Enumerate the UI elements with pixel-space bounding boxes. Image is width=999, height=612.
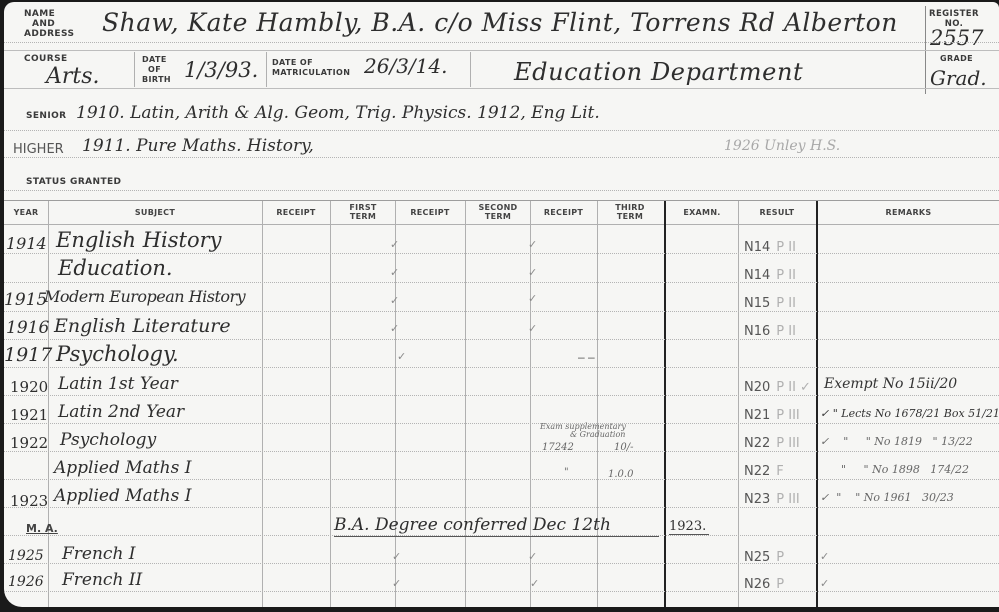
degree-conferred: B.A. Degree conferred Dec 12th bbox=[334, 515, 659, 537]
result-code: N20 bbox=[744, 380, 770, 395]
divider bbox=[4, 190, 999, 191]
degree-year: 1923. bbox=[669, 519, 709, 535]
result-grade: P III bbox=[776, 408, 799, 423]
check-icon: ✓ bbox=[820, 577, 829, 590]
row-remarks: ✓ " Lects No 1678/21 Box 51/21 bbox=[820, 407, 999, 420]
row-subject: Modern European History bbox=[44, 287, 245, 306]
table-top-border bbox=[4, 200, 999, 201]
check-icon: ✓ bbox=[397, 350, 406, 363]
result-code: N23 bbox=[744, 492, 770, 507]
result-grade: P II bbox=[776, 268, 796, 283]
result-code: N16 bbox=[744, 324, 770, 339]
row-result: N26P bbox=[744, 575, 784, 593]
result-grade: P II bbox=[776, 240, 796, 255]
header-result: Result bbox=[738, 208, 816, 217]
result-grade: P bbox=[776, 577, 784, 592]
header-year: Year bbox=[4, 208, 48, 217]
department-value: Education Department bbox=[514, 58, 803, 86]
grade-label: GRADE bbox=[940, 54, 973, 64]
result-grade: P III bbox=[776, 436, 799, 451]
divider bbox=[470, 52, 471, 87]
check-icon: ✓ bbox=[528, 322, 537, 335]
col-divider-thick bbox=[664, 201, 666, 607]
row-remarks: ✓ " " No 1961 30/23 bbox=[820, 491, 954, 504]
header-subject: Subject bbox=[48, 208, 262, 217]
result-grade: P III bbox=[776, 492, 799, 507]
col-divider bbox=[395, 201, 396, 607]
check-icon: ✓ bbox=[820, 550, 829, 563]
row-result: N22P III bbox=[744, 434, 800, 452]
result-grade: P bbox=[776, 550, 784, 565]
row-year: 1926 bbox=[8, 574, 44, 590]
result-code: N26 bbox=[744, 577, 770, 592]
result-code: N21 bbox=[744, 408, 770, 423]
col-divider bbox=[738, 201, 739, 607]
row-year: 1916 bbox=[6, 318, 49, 338]
row-line bbox=[4, 591, 999, 592]
course-value: Arts. bbox=[46, 64, 100, 89]
row-year: 1914 bbox=[6, 234, 47, 253]
row-subject: English History bbox=[56, 228, 222, 252]
row-subject: Latin 2nd Year bbox=[58, 402, 184, 422]
row-year: 1923 bbox=[10, 492, 48, 510]
row-year: 1915 bbox=[4, 290, 47, 310]
course-label: COURSE bbox=[24, 54, 68, 64]
senior-value: 1910. Latin, Arith & Alg. Geom, Trig. Ph… bbox=[76, 103, 600, 123]
receipt-number-ditto: " bbox=[564, 467, 569, 478]
header-receipt-1: Receipt bbox=[262, 208, 330, 217]
name-address-label: NAME AND ADDRESS bbox=[24, 9, 74, 39]
date-of-birth-label: DATE OF BIRTH bbox=[142, 55, 171, 85]
result-grade: P II bbox=[776, 296, 796, 311]
divider bbox=[134, 52, 135, 87]
row-line bbox=[4, 395, 999, 396]
row-result: N14P II bbox=[744, 266, 796, 284]
result-code: N22 bbox=[744, 436, 770, 451]
check-icon: ✓ bbox=[528, 292, 537, 305]
row-year: 1925 bbox=[8, 548, 44, 564]
header-receipt-3: Receipt bbox=[530, 208, 597, 217]
row-line bbox=[4, 253, 999, 254]
row-result: N21P III bbox=[744, 406, 800, 424]
date-of-matriculation-label: DATE OF MATRICULATION bbox=[272, 58, 350, 78]
col-divider bbox=[530, 201, 531, 607]
row-remarks: Exempt No 15ii/20 bbox=[824, 376, 957, 392]
row-line bbox=[4, 282, 999, 283]
row-result: N14P II bbox=[744, 238, 796, 256]
row-subject: French I bbox=[62, 544, 136, 564]
row-result: N23P III bbox=[744, 490, 800, 508]
row-line bbox=[4, 339, 999, 340]
row-line bbox=[4, 311, 999, 312]
result-grade: P II ✓ bbox=[776, 380, 811, 395]
receipt-amount: 1.0.0 bbox=[608, 469, 633, 480]
header-receipt-2: Receipt bbox=[395, 208, 465, 217]
result-code: N25 bbox=[744, 550, 770, 565]
check-icon: ✓ bbox=[390, 294, 399, 307]
row-result: N22F bbox=[744, 462, 784, 480]
student-record-card: NAME AND ADDRESS Shaw, Kate Hambly, B.A.… bbox=[4, 2, 999, 607]
row-subject: Latin 1st Year bbox=[58, 374, 178, 394]
row-subject: Psychology bbox=[60, 430, 156, 450]
result-code: N14 bbox=[744, 240, 770, 255]
col-divider bbox=[330, 201, 331, 607]
result-code: N15 bbox=[744, 296, 770, 311]
divider bbox=[925, 52, 926, 87]
row-subject: Applied Maths I bbox=[54, 486, 191, 506]
row-subject: French II bbox=[62, 570, 142, 590]
check-icon: ✓ bbox=[392, 550, 401, 563]
divider bbox=[4, 88, 999, 89]
row-line bbox=[4, 479, 999, 480]
row-result: N16P II bbox=[744, 322, 796, 340]
divider bbox=[4, 130, 999, 131]
row-line bbox=[4, 423, 999, 424]
row-year: 1917 bbox=[4, 344, 52, 366]
col-divider bbox=[48, 201, 49, 607]
grade-value: Grad. bbox=[930, 66, 987, 90]
check-icon: ✓ bbox=[528, 238, 537, 251]
check-icon: ✓ bbox=[392, 577, 401, 590]
header-third-term: Third Term bbox=[607, 203, 653, 221]
date-of-matriculation-value: 26/3/14. bbox=[364, 54, 447, 78]
status-granted-label: STATUS GRANTED bbox=[26, 177, 121, 187]
divider bbox=[4, 50, 999, 51]
divider bbox=[4, 42, 999, 43]
row-line bbox=[4, 367, 999, 368]
name-address-value: Shaw, Kate Hambly, B.A. c/o Miss Flint, … bbox=[102, 8, 898, 37]
check-icon: ✓ bbox=[528, 550, 537, 563]
check-icon: ✓ bbox=[390, 266, 399, 279]
receipt-note-line2: & Graduation bbox=[570, 430, 625, 439]
row-year: 1921 bbox=[10, 406, 48, 424]
check-icon: ✓ bbox=[530, 577, 539, 590]
senior-label: SENIOR bbox=[26, 111, 67, 121]
row-line bbox=[4, 507, 999, 508]
third-term-dashes: – – bbox=[578, 350, 595, 364]
header-second-term: Second Term bbox=[470, 203, 526, 221]
row-subject: Psychology. bbox=[56, 342, 179, 366]
side-note: 1926 Unley H.S. bbox=[724, 138, 840, 154]
result-grade: P II bbox=[776, 324, 796, 339]
header-remarks: Remarks bbox=[818, 208, 999, 217]
check-icon: ✓ bbox=[390, 238, 399, 251]
register-no-value: 2557 bbox=[930, 26, 983, 50]
result-grade: F bbox=[776, 464, 783, 479]
check-icon: ✓ bbox=[528, 266, 537, 279]
row-year: 1922 bbox=[10, 434, 48, 452]
col-divider bbox=[262, 201, 263, 607]
header-first-term: First Term bbox=[340, 203, 386, 221]
ma-heading: M. A. bbox=[26, 522, 58, 535]
higher-label: HIGHER bbox=[13, 142, 64, 157]
row-remarks: ✓ " " No 1819 " 13/22 bbox=[820, 435, 973, 448]
divider bbox=[4, 157, 999, 158]
row-line bbox=[4, 563, 999, 564]
row-subject: Applied Maths I bbox=[54, 458, 191, 478]
row-subject: English Literature bbox=[54, 315, 231, 337]
row-result: N15P II bbox=[744, 294, 796, 312]
divider bbox=[266, 52, 267, 87]
row-result: N20P II ✓ bbox=[744, 378, 811, 396]
higher-value: 1911. Pure Maths. History, bbox=[82, 136, 314, 156]
table-header-border bbox=[4, 224, 999, 225]
row-result: N25P bbox=[744, 548, 784, 566]
col-divider bbox=[465, 201, 466, 607]
row-line bbox=[4, 451, 999, 452]
row-remarks: " " No 1898 174/22 bbox=[820, 463, 969, 476]
result-code: N22 bbox=[744, 464, 770, 479]
header-examn: Examn. bbox=[666, 208, 738, 217]
date-of-birth-value: 1/3/93. bbox=[184, 58, 258, 82]
receipt-amount: 10/- bbox=[614, 442, 633, 453]
check-icon: ✓ bbox=[390, 322, 399, 335]
col-divider bbox=[597, 201, 598, 607]
row-year: 1920 bbox=[10, 378, 48, 396]
row-subject: Education. bbox=[58, 256, 173, 280]
result-code: N14 bbox=[744, 268, 770, 283]
receipt-number: 17242 bbox=[542, 442, 574, 453]
col-divider-thick bbox=[816, 201, 818, 607]
